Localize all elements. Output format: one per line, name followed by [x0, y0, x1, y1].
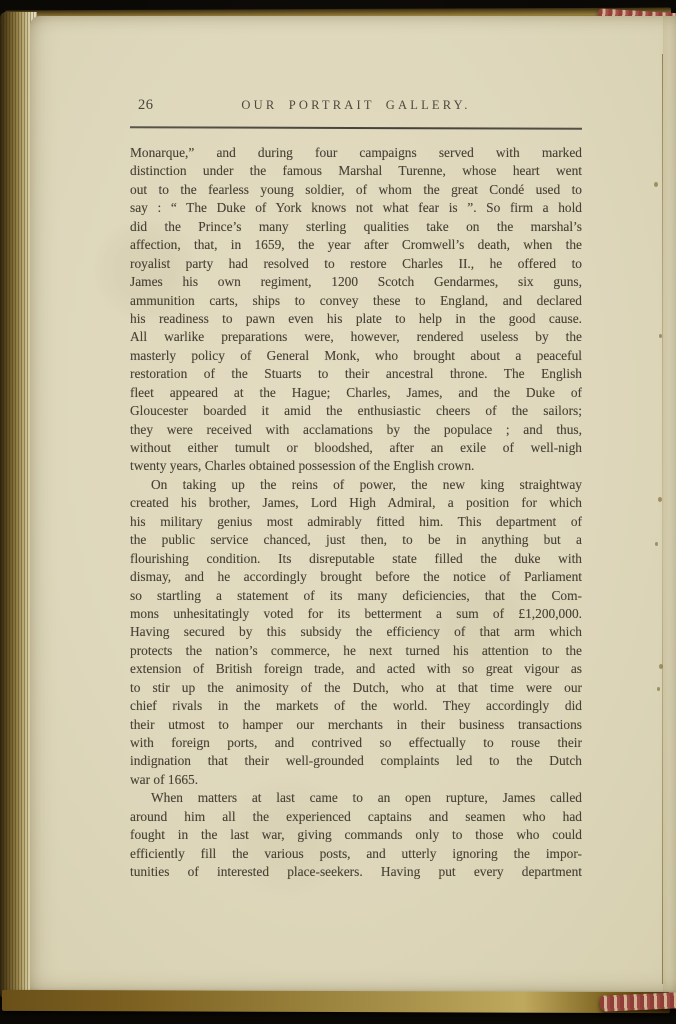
page-speck — [658, 497, 662, 502]
book-page: 26 OUR PORTRAIT GALLERY. Monarque,” and … — [30, 16, 676, 994]
page-gutter-crease — [662, 54, 663, 984]
text-line: James his own regiment, 1200 Scotch Gend… — [130, 273, 582, 291]
paragraph: Monarque,” and during four campaigns ser… — [130, 144, 582, 476]
text-line: his readiness to pawn even his plate to … — [130, 310, 582, 328]
page-speck — [659, 664, 663, 669]
text-line: dismay, and he accordingly brought befor… — [130, 568, 582, 586]
text-line: All warlike preparations were, however, … — [130, 328, 582, 346]
text-line: mons unhesitatingly voted for its better… — [130, 605, 582, 623]
text-line: their utmost to hamper our merchants in … — [130, 716, 582, 734]
text-line: created his brother, James, Lord High Ad… — [130, 494, 582, 512]
text-line: restoration of the Stuarts to their ance… — [130, 365, 582, 383]
page-speck — [655, 542, 658, 546]
paragraph: When matters at last came to an open rup… — [130, 789, 582, 881]
text-line: On taking up the reins of power, the new… — [130, 476, 582, 494]
page-speck — [659, 334, 662, 338]
text-line: indignation that their well-grounded com… — [130, 752, 582, 770]
text-column: Monarque,” and during four campaigns ser… — [130, 144, 582, 882]
headband-bottom — [600, 992, 676, 1011]
text-line: extension of British foreign trade, and … — [130, 660, 582, 678]
text-line: without either tumult or bloodshed, afte… — [130, 439, 582, 457]
text-line: Having secured by this subsidy the effic… — [130, 623, 582, 641]
text-line: tunities of interested place-seekers. Ha… — [130, 863, 582, 881]
text-line: When matters at last came to an open rup… — [130, 789, 582, 807]
text-line: fleet appeared at the Hague; Charles, Ja… — [130, 384, 582, 402]
text-line: protects the nation’s commerce, he next … — [130, 642, 582, 660]
text-line: so startling a statement of its many def… — [130, 587, 582, 605]
page-speck — [654, 182, 658, 187]
text-line: out to the fearless young soldier, of wh… — [130, 181, 582, 199]
running-title: OUR PORTRAIT GALLERY. — [130, 98, 582, 113]
text-line: did the Prince’s many sterling qualities… — [130, 218, 582, 236]
text-line: to stir up the animosity of the Dutch, w… — [130, 679, 582, 697]
page-speck — [657, 687, 660, 691]
text-line: they were received with acclamations by … — [130, 421, 582, 439]
page-header: 26 OUR PORTRAIT GALLERY. — [130, 96, 582, 116]
text-line: Monarque,” and during four campaigns ser… — [130, 144, 582, 162]
text-line: with foreign ports, and contrived so eff… — [130, 734, 582, 752]
text-line: his military genius most admirably fitte… — [130, 513, 582, 531]
text-line: flourishing condition. Its disreputable … — [130, 550, 582, 568]
header-rule — [130, 126, 582, 129]
text-line: chief rivals in the markets of the world… — [130, 697, 582, 715]
text-line: war of 1665. — [130, 771, 582, 789]
scan-background: 26 OUR PORTRAIT GALLERY. Monarque,” and … — [0, 0, 676, 1024]
text-line: twenty years, Charles obtained possessio… — [130, 457, 582, 475]
book-cover-bottom-edge — [2, 990, 670, 1013]
text-line: ammunition carts, ships to convey these … — [130, 292, 582, 310]
text-line: around him all the experienced captains … — [130, 808, 582, 826]
paragraph: On taking up the reins of power, the new… — [130, 476, 582, 789]
text-line: fought in the last war, giving commands … — [130, 826, 582, 844]
text-line: say : “ The Duke of York knows not what … — [130, 199, 582, 217]
text-line: masterly policy of General Monk, who bro… — [130, 347, 582, 365]
text-line: distinction under the famous Marshal Tur… — [130, 162, 582, 180]
next-page-sliver — [663, 16, 676, 994]
text-line: affection, that, in 1659, the year after… — [130, 236, 582, 254]
text-line: efficiently fill the various posts, and … — [130, 845, 582, 863]
text-line: Gloucester boarded it amid the enthusias… — [130, 402, 582, 420]
text-line: royalist party had resolved to restore C… — [130, 255, 582, 273]
text-line: the public service chanced, just then, t… — [130, 531, 582, 549]
